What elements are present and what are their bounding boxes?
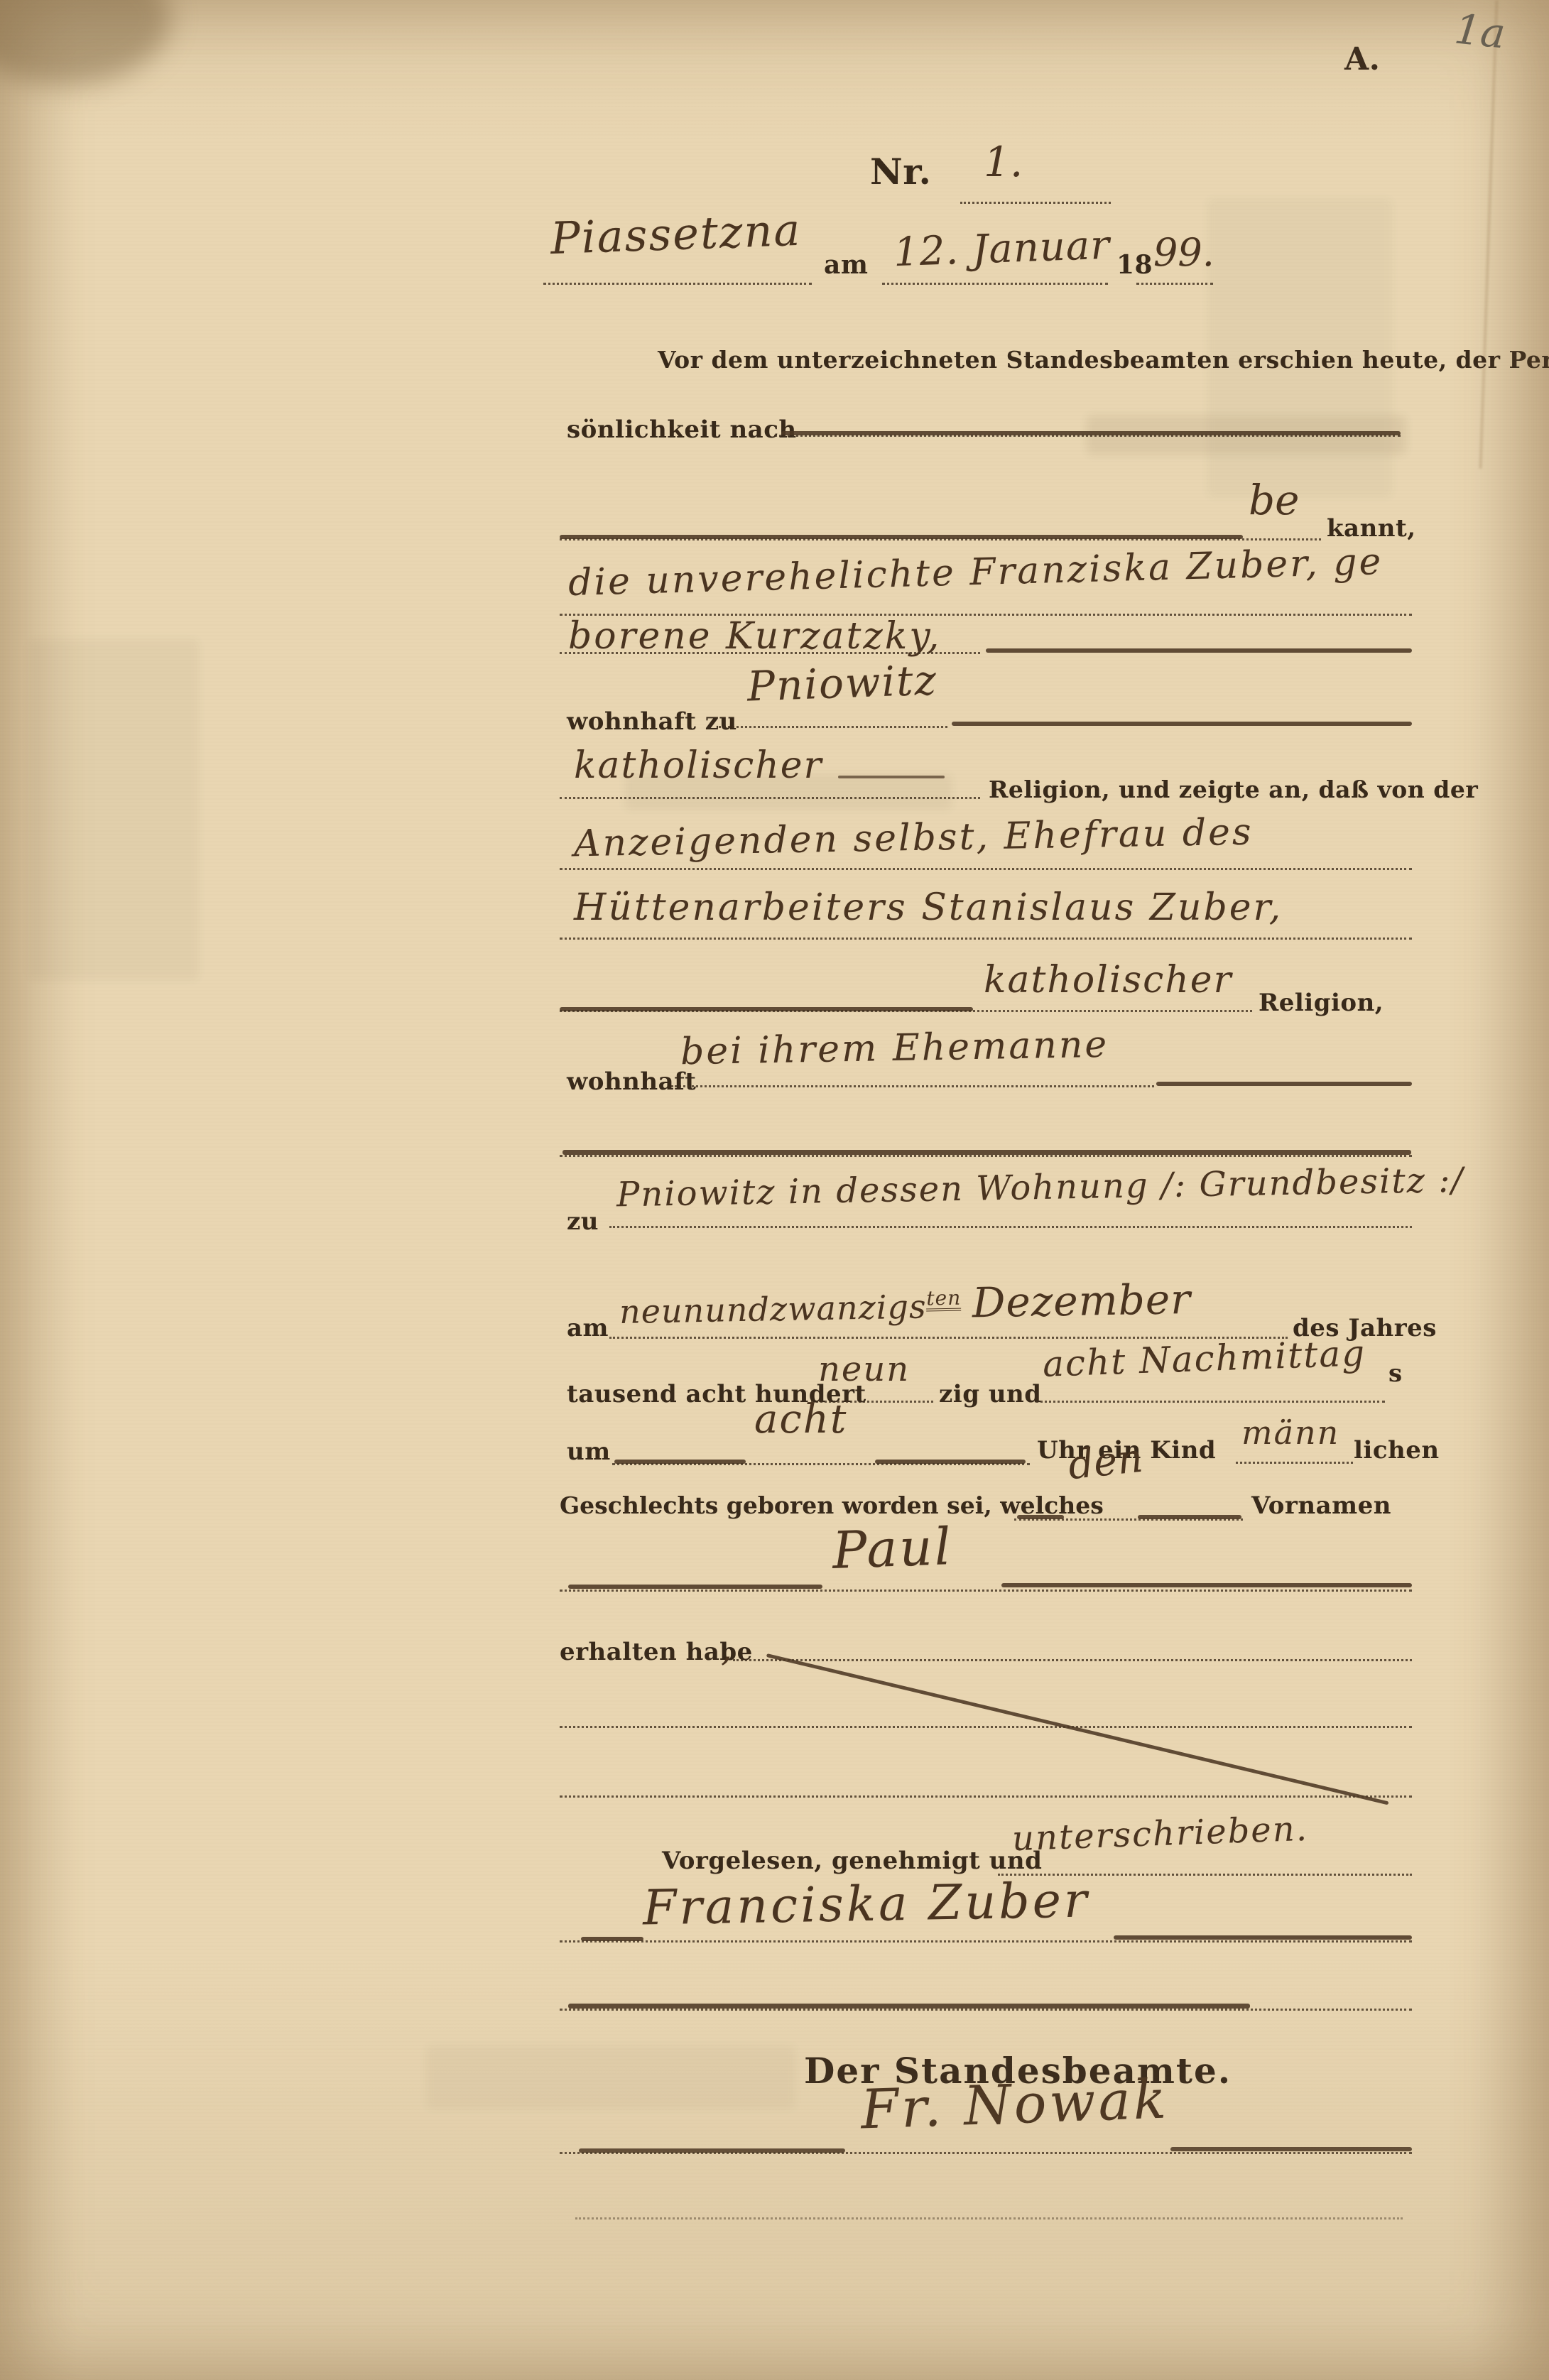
blank-strike — [1001, 1583, 1412, 1587]
paper-crease — [1479, 0, 1498, 469]
birth-day: neunundzwanzigs — [619, 1287, 927, 1331]
parents-rule1 — [560, 868, 1412, 870]
declarant-line2: borene Kurzatzky, — [568, 615, 941, 658]
blank-strike — [1170, 2147, 1412, 2151]
declarant-signature: Franciska Zuber — [642, 1873, 1090, 1937]
intro-line1: Vor dem unterzeichneten Standesbeamten e… — [658, 346, 1549, 374]
blank-rule — [560, 1155, 1412, 1157]
birth-am-label: am — [567, 1314, 609, 1342]
pen-comma-mark: , — [721, 1628, 732, 1669]
blank-strike — [1156, 1082, 1412, 1086]
pen-tail-stroke — [838, 776, 945, 778]
registrar-signature: Fr. Nowak — [860, 2067, 1170, 2141]
blank-strike — [1114, 1935, 1412, 1940]
religion-printed-2: Religion, — [1259, 989, 1384, 1017]
unterschrieben-handwritten: unterschrieben. — [1011, 1809, 1309, 1859]
religion-printed-1: Religion, und zeigte an, daß von der — [989, 776, 1478, 803]
blank-strike — [568, 2004, 1250, 2009]
date-rule — [882, 283, 1108, 285]
residence2-rule — [671, 1085, 1154, 1087]
date-handwritten: 12. Januar — [893, 222, 1111, 276]
bleedthrough-mark — [28, 639, 199, 980]
article-handwritten: den — [1066, 1435, 1145, 1489]
blank-rule — [560, 2009, 1412, 2011]
child-first-name: Paul — [832, 1516, 954, 1580]
vorgelesen-label: Vorgelesen, genehmigt und — [662, 1847, 1042, 1875]
corner-shadow-stain — [0, 0, 170, 85]
religion-rule — [560, 797, 980, 799]
registry-place-handwritten: Piassetzna — [550, 204, 803, 264]
year-unit-time: acht Nachmittag — [1042, 1332, 1366, 1385]
zig-und-label: zig und — [939, 1380, 1042, 1408]
gender-suffix-printed: lichen — [1354, 1436, 1440, 1465]
form-corner-letter: A. — [1344, 41, 1380, 77]
declarant-religion: katholischer — [574, 744, 822, 787]
record-number-label: Nr. — [870, 151, 931, 192]
blank-rule — [560, 538, 1321, 540]
name-rule — [560, 1590, 1412, 1592]
record-number-rule — [960, 202, 1111, 204]
residence-rule — [719, 726, 947, 728]
declarant-residence: Pniowitz — [746, 656, 938, 710]
hour-rule — [612, 1463, 1030, 1465]
be-handwritten: be — [1249, 476, 1299, 524]
blank-strike — [568, 1585, 822, 1589]
archive-page-number: 1a — [1452, 4, 1508, 58]
child-gender: männ — [1241, 1413, 1339, 1452]
birth-certificate-page: A. 1a Nr. 1. Piassetzna am 12. Januar 18… — [0, 0, 1549, 2380]
blank-rule — [560, 1795, 1412, 1798]
declarant-line1: die unverehelichte Franziska Zuber, ge — [567, 540, 1384, 604]
blank-rule — [733, 1659, 1412, 1661]
um-label: um — [567, 1438, 611, 1466]
blank-rule — [774, 435, 1401, 437]
zu-label: zu — [567, 1207, 599, 1236]
record-number-value: 1. — [984, 138, 1023, 186]
birth-place-rule — [609, 1226, 1412, 1228]
birth-day-month: neunundzwanzigsten Dezember — [619, 1275, 1191, 1333]
intro-line2: sönlichkeit nach — [567, 415, 797, 444]
birth-month: Dezember — [972, 1275, 1191, 1327]
year-decade: neun — [818, 1349, 910, 1389]
blank-strike — [1138, 1515, 1241, 1519]
father-residence: bei ihrem Ehemanne — [680, 1023, 1109, 1074]
wohnhaft-zu-label: wohnhaft zu — [567, 707, 737, 736]
parents-line1: Anzeigenden selbst, Ehefrau des — [574, 811, 1254, 866]
registrar-rule — [560, 2152, 1412, 2154]
year-handwritten: 99. — [1153, 230, 1214, 275]
wohnhaft-label: wohnhaft — [567, 1067, 696, 1096]
birth-day-ordinal-suffix: ten — [926, 1288, 961, 1312]
parents-rule2 — [560, 938, 1412, 940]
year-rule — [1136, 283, 1213, 285]
parents-line2: Hüttenarbeiters Stanislaus Zuber, — [574, 886, 1283, 929]
s-suffix-printed: s — [1388, 1359, 1403, 1388]
birth-place: Pniowitz in dessen Wohnung /: Grundbesit… — [616, 1161, 1464, 1215]
bleedthrough-mark — [426, 2045, 795, 2109]
blank-strike — [952, 722, 1412, 726]
am-label: am — [824, 250, 868, 280]
father-religion: katholischer — [984, 959, 1232, 1001]
blank-strike — [562, 1150, 1411, 1155]
time-rule — [1036, 1401, 1385, 1403]
kannt-printed: kannt, — [1327, 514, 1416, 543]
diagonal-cancellation-stroke — [766, 1653, 1389, 1805]
gender-rule — [1236, 1462, 1353, 1464]
blank-strike — [986, 648, 1412, 653]
declarant-rule2 — [560, 652, 980, 654]
birth-hour: acht — [754, 1396, 847, 1442]
signature-rule — [560, 1940, 1412, 1942]
blank-rule — [560, 1726, 1412, 1728]
vornamen-label: Vornamen — [1251, 1491, 1391, 1520]
year-printed-prefix: 18 — [1116, 250, 1153, 280]
blank-rule — [560, 1010, 1252, 1012]
place-rule — [543, 283, 812, 285]
bottom-faint-rule — [575, 2217, 1403, 2219]
